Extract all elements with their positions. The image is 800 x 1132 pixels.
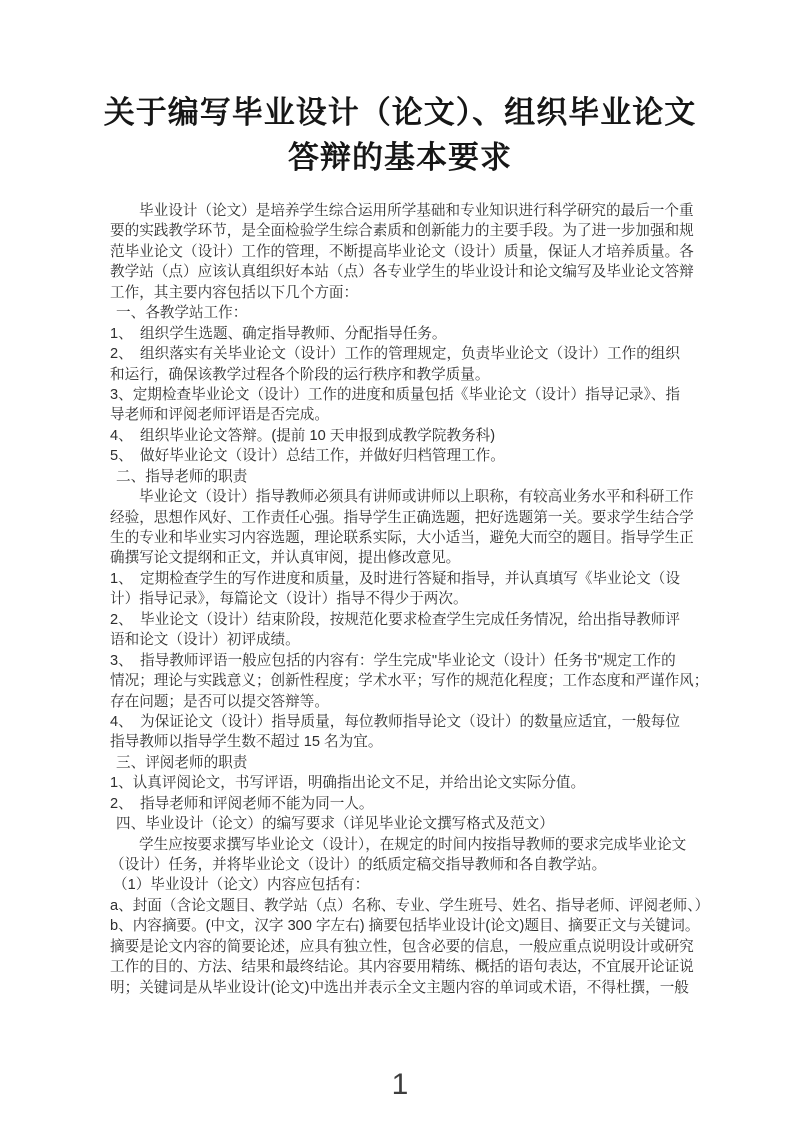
text-line: 1、认真评阅论文，书写评语，明确指出论文不足，并给出论文实际分值。 — [110, 773, 692, 793]
text-line: 3、 指导教师评语一般应包括的内容有：学生完成"毕业论文（设计）任务书"规定工作… — [110, 651, 692, 671]
text-line: 要的实践教学环节，是全面检验学生综合素质和创新能力的主要手段。为了进一步加强和规 — [110, 221, 692, 241]
text-line: 四、毕业设计（论文）的编写要求（详见毕业论文撰写格式及范文） — [110, 814, 692, 834]
text-line: 教学站（点）应该认真组织好本站（点）各专业学生的毕业设计和论文编写及毕业论文答辩 — [110, 262, 692, 282]
text-line: 情况；理论与实践意义；创新性程度；学术水平；写作的规范化程度；工作态度和严谨作风… — [110, 671, 692, 691]
text-line: 毕业论文（设计）指导教师必须具有讲师或讲师以上职称，有较高业务水平和科研工作 — [110, 487, 692, 507]
text-line: 工作，其主要内容包括以下几个方面： — [110, 283, 692, 303]
document-body: 毕业设计（论文）是培养学生综合运用所学基础和专业知识进行科学研究的最后一个重要的… — [110, 201, 692, 998]
text-line: 确撰写论文提纲和正文，并认真审阅，提出修改意见。 — [110, 548, 692, 568]
text-line: （设计）任务，并将毕业论文（设计）的纸质定稿交指导教师和各自教学站。 — [110, 855, 692, 875]
text-line: 2、 毕业论文（设计）结束阶段，按规范化要求检查学生完成任务情况，给出指导教师评 — [110, 610, 692, 630]
text-line: 1、 组织学生选题、确定指导教师、分配指导任务。 — [110, 324, 692, 344]
text-line: 一、各教学站工作： — [110, 303, 692, 323]
text-line: 生的专业和毕业实习内容选题，理论联系实际，大小适当，避免大而空的题目。指导学生正 — [110, 528, 692, 548]
text-line: b、内容摘要。(中文，汉字 300 字左右) 摘要包括毕业设计(论文)题目、摘要… — [110, 916, 692, 936]
text-line: 5、 做好毕业论文（设计）总结工作，并做好归档管理工作。 — [110, 446, 692, 466]
text-line: 2、 指导老师和评阅老师不能为同一人。 — [110, 794, 692, 814]
text-line: 经验，思想作风好、工作责任心强。指导学生正确选题，把好选题第一关。要求学生结合学 — [110, 508, 692, 528]
text-line: （1）毕业设计（论文）内容应包括有： — [110, 875, 692, 895]
text-line: 3、定期检查毕业论文（设计）工作的进度和质量包括《毕业论文（设计）指导记录》、指 — [110, 385, 692, 405]
text-line: 毕业设计（论文）是培养学生综合运用所学基础和专业知识进行科学研究的最后一个重 — [110, 201, 692, 221]
text-line: 指导教师以指导学生数不超过 15 名为宜。 — [110, 732, 692, 752]
page-number: 1 — [392, 1068, 409, 1101]
text-line: 二、指导老师的职责 — [110, 467, 692, 487]
text-line: 摘要是论文内容的简要论述，应具有独立性，包含必要的信息，一般应重点说明设计或研究 — [110, 937, 692, 957]
document-title-line-1: 关于编写毕业设计（论文）、组织毕业论文 — [0, 90, 800, 135]
text-line: 和运行，确保该教学过程各个阶段的运行秩序和教学质量。 — [110, 365, 692, 385]
text-line: 存在问题；是否可以提交答辩等。 — [110, 692, 692, 712]
text-line: 2、 组织落实有关毕业论文（设计）工作的管理规定，负责毕业论文（设计）工作的组织 — [110, 344, 692, 364]
text-line: 计）指导记录》，每篇论文（设计）指导不得少于两次。 — [110, 589, 692, 609]
text-line: a、封面（含论文题目、教学站（点）名称、专业、学生班号、姓名、指导老师、评阅老师… — [110, 896, 692, 916]
page-footer: 1 — [0, 1068, 800, 1102]
text-line: 导老师和评阅老师评语是否完成。 — [110, 405, 692, 425]
text-line: 明；关键词是从毕业设计(论文)中选出并表示全文主题内容的单词或术语，不得杜撰，一… — [110, 978, 692, 998]
text-line: 工作的目的、方法、结果和最终结论。其内容要用精练、概括的语句表达，不宜展开论证说 — [110, 957, 692, 977]
text-line: 1、 定期检查学生的写作进度和质量，及时进行答疑和指导，并认真填写《毕业论文（设 — [110, 569, 692, 589]
text-line: 语和论文（设计）初评成绩。 — [110, 630, 692, 650]
text-line: 范毕业论文（设计）工作的管理，不断提高毕业论文（设计）质量，保证人才培养质量。各 — [110, 242, 692, 262]
text-line: 4、 为保证论文（设计）指导质量，每位教师指导论文（设计）的数量应适宜，一般每位 — [110, 712, 692, 732]
document-title: 关于编写毕业设计（论文）、组织毕业论文 答辩的基本要求 — [0, 90, 800, 180]
text-line: 4、 组织毕业论文答辩。(提前 10 天申报到成教学院教务科) — [110, 426, 692, 446]
document-page: 关于编写毕业设计（论文）、组织毕业论文 答辩的基本要求 毕业设计（论文）是培养学… — [0, 0, 800, 1132]
text-line: 三、评阅老师的职责 — [110, 753, 692, 773]
text-line: 学生应按要求撰写毕业论文（设计），在规定的时间内按指导教师的要求完成毕业论文 — [110, 835, 692, 855]
document-title-line-2: 答辩的基本要求 — [0, 135, 800, 180]
